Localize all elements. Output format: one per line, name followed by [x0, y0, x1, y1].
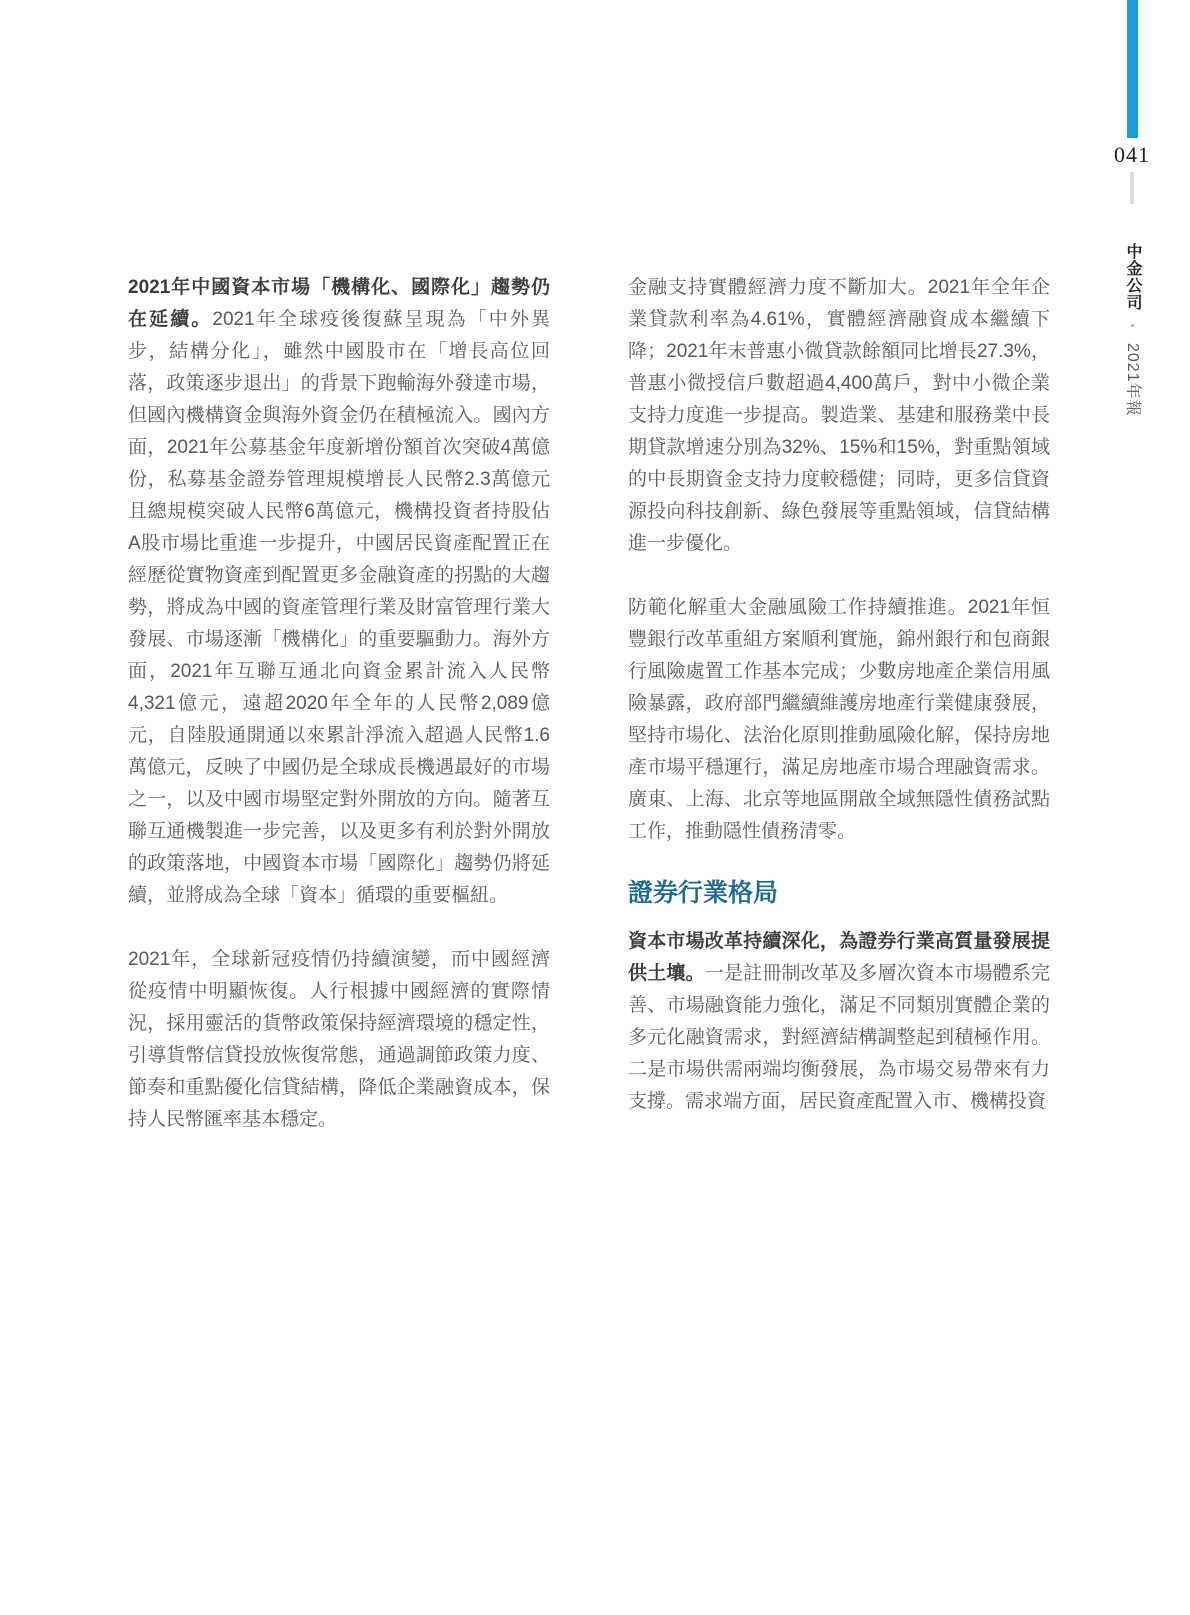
annual-report-page: 041 中金公司•2021年報 2021年中國資本市場「機構化、國際化」趨勢仍在… — [0, 0, 1190, 1615]
paragraph: 防範化解重大金融風險工作持續推進。2021年恒豐銀行改革重組方案順利實施，錦州銀… — [628, 592, 1050, 848]
bullet-separator: • — [1127, 311, 1138, 343]
blue-accent-bar — [1127, 0, 1138, 138]
paragraph: 2021年中國資本市場「機構化、國際化」趨勢仍在延續。2021年全球疫後復蘇呈現… — [128, 272, 550, 912]
paragraph: 2021年，全球新冠疫情仍持續演變，而中國經濟從疫情中明顯恢復。人行根據中國經濟… — [128, 944, 550, 1136]
paragraph: 金融支持實體經濟力度不斷加大。2021年全年企業貸款利率為4.61%，實體經濟融… — [628, 272, 1050, 560]
side-running-title: 中金公司•2021年報 — [1121, 243, 1150, 663]
page-number: 041 — [1098, 142, 1166, 168]
paragraph: 資本市場改革持續深化，為證券行業高質量發展提供土壤。一是註冊制改革及多層次資本市… — [628, 926, 1050, 1118]
paragraph-text: 2021年全球疫後復蘇呈現為「中外異步，結構分化」，雖然中國股市在「增長高位回落… — [128, 309, 550, 906]
paragraph-text: 一是註冊制改革及多層次資本市場體系完善、市場融資能力強化，滿足不同類別實體企業的… — [628, 963, 1050, 1112]
paragraph-text: 金融支持實體經濟力度不斷加大。2021年全年企業貸款利率為4.61%，實體經濟融… — [628, 277, 1050, 554]
right-text-column: 金融支持實體經濟力度不斷加大。2021年全年企業貸款利率為4.61%，實體經濟融… — [628, 272, 1050, 1150]
paragraph-text: 防範化解重大金融風險工作持續推進。2021年恒豐銀行改革重組方案順利實施，錦州銀… — [628, 597, 1050, 842]
report-year-label: 2021年報 — [1124, 343, 1141, 417]
paragraph-text: 2021年，全球新冠疫情仍持續演變，而中國經濟從疫情中明顯恢復。人行根據中國經濟… — [128, 949, 550, 1130]
company-name: 中金公司 — [1124, 243, 1141, 311]
left-text-column: 2021年中國資本市場「機構化、國際化」趨勢仍在延續。2021年全球疫後復蘇呈現… — [128, 272, 550, 1168]
section-heading: 證券行業格局 — [628, 880, 1050, 906]
page-number-tick — [1130, 172, 1134, 204]
